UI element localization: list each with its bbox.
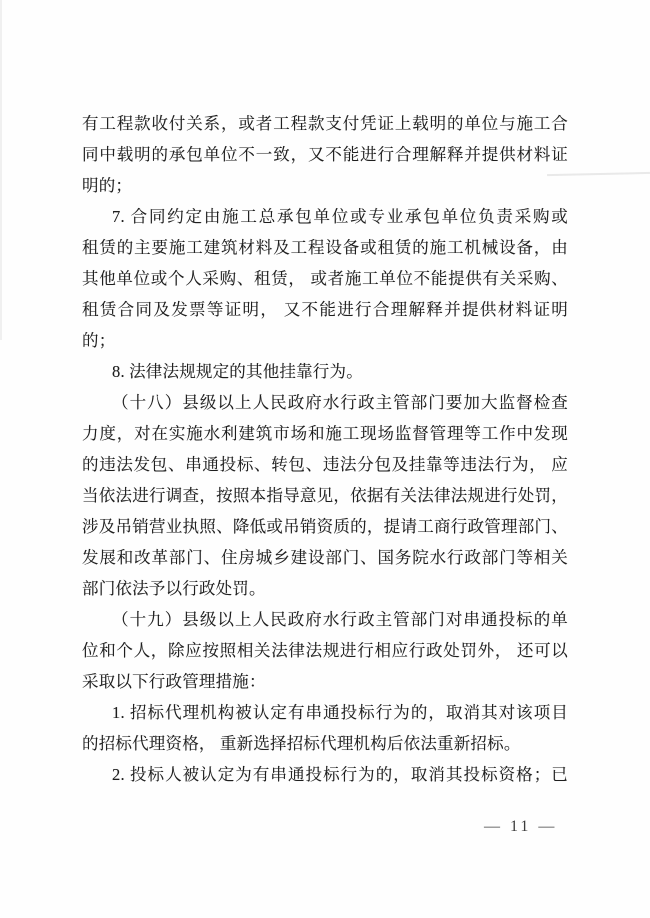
text-line: 明的； [82, 170, 568, 201]
document-page: 有工程款收付关系，或者工程款支付凭证上载明的单位与施工合 同中载明的承包单位不一… [0, 0, 650, 918]
text-line: 租赁合同及发票等证明， 又不能进行合理解释并提供材料证明 [82, 294, 568, 325]
text-line: 采取以下行政管理措施： [82, 666, 568, 697]
text-line: （十九）县级以上人民政府水行政主管部门对串通投标的单 [82, 604, 568, 635]
scan-edge-shadow [0, 0, 2, 340]
text-line: 同中载明的承包单位不一致，又不能进行合理解释并提供材料证 [82, 139, 568, 170]
text-line: 有工程款收付关系，或者工程款支付凭证上载明的单位与施工合 [82, 108, 568, 139]
text-line: 的招标代理资格， 重新选择招标代理机构后依法重新招标。 [82, 728, 568, 759]
document-body: 有工程款收付关系，或者工程款支付凭证上载明的单位与施工合 同中载明的承包单位不一… [82, 108, 568, 790]
text-line: 8. 法律法规规定的其他挂靠行为。 [82, 356, 568, 387]
text-line: 当依法进行调查，按照本指导意见，依据有关法律法规进行处罚， [82, 480, 568, 511]
page-footer: — 11 — [484, 818, 557, 836]
text-line: 发展和改革部门、住房城乡建设部门、国务院水行政部门等相关 [82, 542, 568, 573]
text-line: 的违法发包、串通投标、转包、违法分包及挂靠等违法行为， 应 [82, 449, 568, 480]
text-line: 1. 招标代理机构被认定有串通投标行为的，取消其对该项目 [82, 697, 568, 728]
text-line: 部门依法予以行政处罚。 [82, 573, 568, 604]
text-line: 7. 合同约定由施工总承包单位或专业承包单位负责采购或 [82, 201, 568, 232]
text-line: 其他单位或个人采购、租赁， 或者施工单位不能提供有关采购、 [82, 263, 568, 294]
text-line: 2. 投标人被认定为有串通投标行为的，取消其投标资格；已 [82, 759, 568, 790]
text-line: 力度，对在实施水利建筑市场和施工现场监督管理等工作中发现 [82, 418, 568, 449]
text-line: （十八）县级以上人民政府水行政主管部门要加大监督检查 [82, 387, 568, 418]
text-line: 涉及吊销营业执照、降低或吊销资质的，提请工商行政管理部门、 [82, 511, 568, 542]
page-number: — 11 — [484, 818, 557, 835]
text-line: 租赁的主要施工建筑材料及工程设备或租赁的施工机械设备，由 [82, 232, 568, 263]
text-line: 位和个人，除应按照相关法律法规进行相应行政处罚外， 还可以 [82, 635, 568, 666]
text-line: 的； [82, 325, 568, 356]
